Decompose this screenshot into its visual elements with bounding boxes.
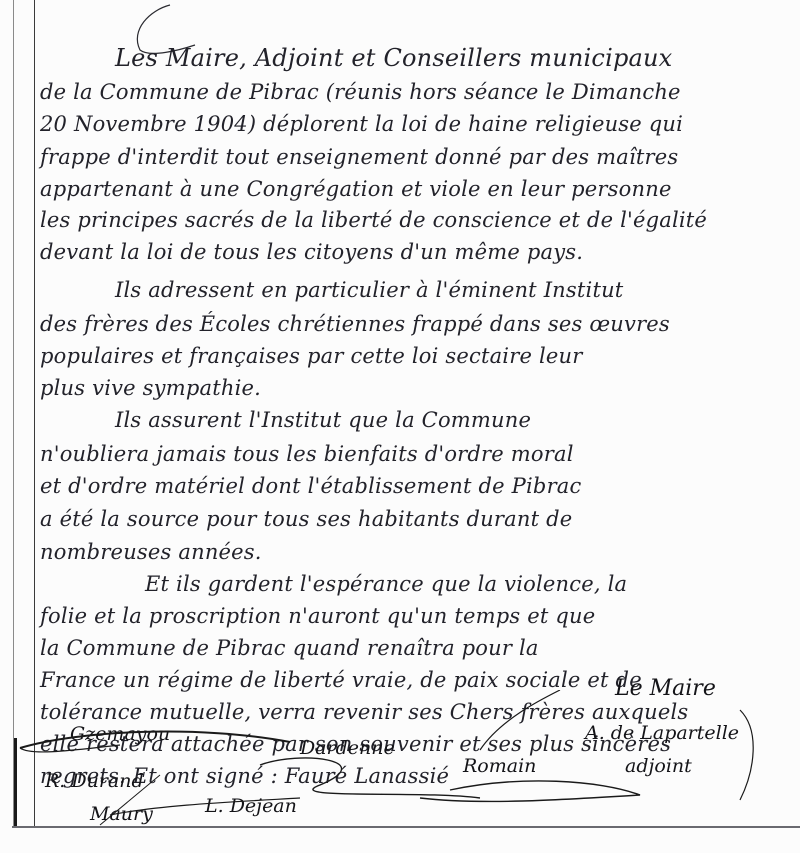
signature-3: Romain bbox=[463, 755, 536, 777]
paragraph-1-line-5: appartenant à une Congrégation et viole … bbox=[40, 177, 672, 201]
bottom-rule bbox=[12, 826, 800, 828]
signature-2: Dardenne bbox=[300, 737, 395, 759]
paragraph-3-line-2: n'oubliera jamais tous les bienfaits d'o… bbox=[40, 442, 574, 466]
paragraph-3-line-3: et d'ordre matériel dont l'établissement… bbox=[40, 474, 582, 498]
signature-5: adjoint bbox=[625, 755, 692, 777]
margin-bar bbox=[14, 738, 17, 828]
signature-7: Maury bbox=[90, 803, 153, 825]
signature-4: A. de Lapartelle bbox=[585, 722, 739, 744]
paragraph-1-line-6: les principes sacrés de la liberté de co… bbox=[40, 208, 707, 232]
signature-6: R. Durand bbox=[45, 770, 144, 792]
paragraph-1-line-4: frappe d'interdit tout enseignement donn… bbox=[40, 145, 678, 169]
paragraph-3-line-4: a été la source pour tous ses habitants … bbox=[40, 507, 572, 531]
signature-1: Gzemayou bbox=[70, 723, 170, 745]
paragraph-4-line-1: Et ils gardent l'espérance que la violen… bbox=[145, 572, 627, 596]
paragraph-1-line-3: 20 Novembre 1904) déplorent la loi de ha… bbox=[40, 112, 683, 136]
signature-8: L. Dejean bbox=[205, 795, 297, 817]
paragraph-4-line-4: France un régime de liberté vraie, de pa… bbox=[40, 668, 642, 692]
paragraph-2-line-2: des frères des Écoles chrétiennes frappé… bbox=[40, 312, 670, 336]
paragraph-2-line-1: Ils adressent en particulier à l'éminent… bbox=[115, 278, 623, 302]
paragraph-1-line-1: Les Maire, Adjoint et Conseillers munici… bbox=[115, 44, 672, 72]
margin-line-inner bbox=[34, 0, 35, 828]
document-page: Les Maire, Adjoint et Conseillers munici… bbox=[0, 0, 800, 853]
paragraph-1-line-7: devant la loi de tous les citoyens d'un … bbox=[40, 240, 583, 264]
margin-line-outer bbox=[13, 0, 14, 828]
paragraph-4-line-2: folie et la proscription n'auront qu'un … bbox=[40, 604, 595, 628]
paragraph-1-line-2: de la Commune de Pibrac (réunis hors séa… bbox=[40, 80, 681, 104]
paragraph-2-line-3: populaires et françaises par cette loi s… bbox=[40, 344, 582, 368]
paragraph-2-line-4: plus vive sympathie. bbox=[40, 376, 261, 400]
paragraph-4-line-3: la Commune de Pibrac quand renaîtra pour… bbox=[40, 636, 539, 660]
paragraph-3-line-1: Ils assurent l'Institut que la Commune bbox=[115, 408, 531, 432]
paragraph-4-line-5: tolérance mutuelle, verra revenir ses Ch… bbox=[40, 700, 688, 724]
maire-label: Le Maire bbox=[615, 676, 716, 701]
paragraph-3-line-5: nombreuses années. bbox=[40, 540, 262, 564]
